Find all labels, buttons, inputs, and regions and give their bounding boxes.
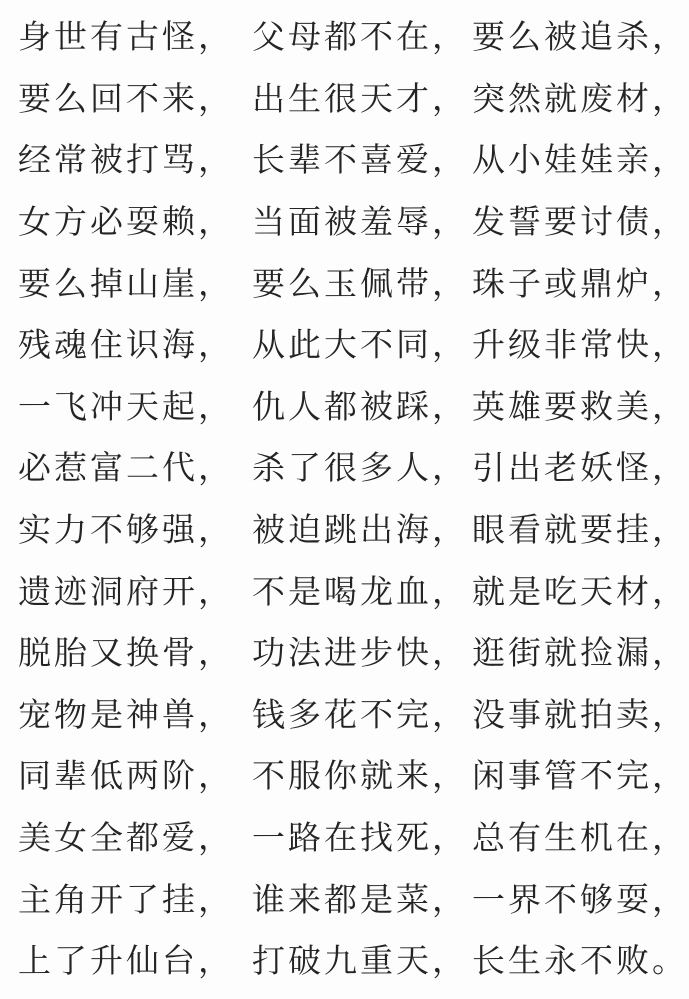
poem-phrase: 身世有古怪， bbox=[18, 20, 248, 54]
document-page: 身世有古怪， 父母都不在， 要么被追杀， 要么回不来， 出生很天才， 突然就废材… bbox=[0, 0, 689, 999]
poem-phrase: 没事就拍卖， bbox=[470, 698, 688, 732]
poem-phrase: 从小娃娃亲， bbox=[470, 143, 688, 177]
poem-phrase: 上了升仙台， bbox=[18, 944, 248, 978]
poem-phrase: 要么被追杀， bbox=[470, 20, 688, 54]
poem-phrase: 当面被羞辱， bbox=[248, 205, 470, 239]
poem-phrase: 同辈低两阶， bbox=[18, 759, 248, 793]
poem-phrase: 一飞冲天起， bbox=[18, 390, 248, 424]
poem-phrase: 父母都不在， bbox=[248, 20, 470, 54]
poem-phrase: 杀了很多人， bbox=[248, 451, 470, 485]
poem-phrase: 被迫跳出海， bbox=[248, 513, 470, 547]
poem-phrase: 不是喝龙血， bbox=[248, 574, 470, 608]
poem-phrase: 突然就废材， bbox=[470, 82, 688, 116]
poem-phrase: 逛街就捡漏， bbox=[470, 636, 688, 670]
poem-phrase: 美女全都爱， bbox=[18, 821, 248, 855]
poem-phrase: 要么掉山崖， bbox=[18, 266, 248, 300]
poem-phrase: 一路在找死， bbox=[248, 821, 470, 855]
poem-phrase: 女方必耍赖， bbox=[18, 205, 248, 239]
poem-phrase: 眼看就要挂， bbox=[470, 513, 688, 547]
poem-phrase: 遗迹洞府开， bbox=[18, 574, 248, 608]
poem-phrase: 就是吃天材， bbox=[470, 574, 688, 608]
poem-phrase: 长生永不败。 bbox=[470, 944, 688, 978]
poem-phrase: 必惹富二代， bbox=[18, 451, 248, 485]
poem-phrase: 珠子或鼎炉， bbox=[470, 266, 688, 300]
poem-phrase: 功法进步快， bbox=[248, 636, 470, 670]
poem-phrase: 长辈不喜爱， bbox=[248, 143, 470, 177]
poem-phrase: 仇人都被踩， bbox=[248, 390, 470, 424]
poem-phrase: 残魂住识海， bbox=[18, 328, 248, 362]
poem-phrase: 不服你就来， bbox=[248, 759, 470, 793]
poem-phrase: 升级非常快， bbox=[470, 328, 688, 362]
poem-phrase: 宠物是神兽， bbox=[18, 698, 248, 732]
poem-phrase: 出生很天才， bbox=[248, 82, 470, 116]
poem-phrase: 闲事管不完， bbox=[470, 759, 688, 793]
poem-phrase: 脱胎又换骨， bbox=[18, 636, 248, 670]
poem-phrase: 要么玉佩带， bbox=[248, 266, 470, 300]
poem-phrase: 钱多花不完， bbox=[248, 698, 470, 732]
poem-phrase: 总有生机在， bbox=[470, 821, 688, 855]
poem-phrase: 要么回不来， bbox=[18, 82, 248, 116]
poem-phrase: 主角开了挂， bbox=[18, 882, 248, 916]
poem-phrase: 经常被打骂， bbox=[18, 143, 248, 177]
poem-phrase: 实力不够强， bbox=[18, 513, 248, 547]
poem-phrase: 打破九重天， bbox=[248, 944, 470, 978]
poem-phrase: 引出老妖怪， bbox=[470, 451, 688, 485]
poem-phrase: 发誓要讨债， bbox=[470, 205, 688, 239]
poem-phrase: 英雄要救美， bbox=[470, 390, 688, 424]
poem-phrase: 谁来都是菜， bbox=[248, 882, 470, 916]
poem-phrase: 一界不够耍， bbox=[470, 882, 688, 916]
poem-phrase: 从此大不同， bbox=[248, 328, 470, 362]
